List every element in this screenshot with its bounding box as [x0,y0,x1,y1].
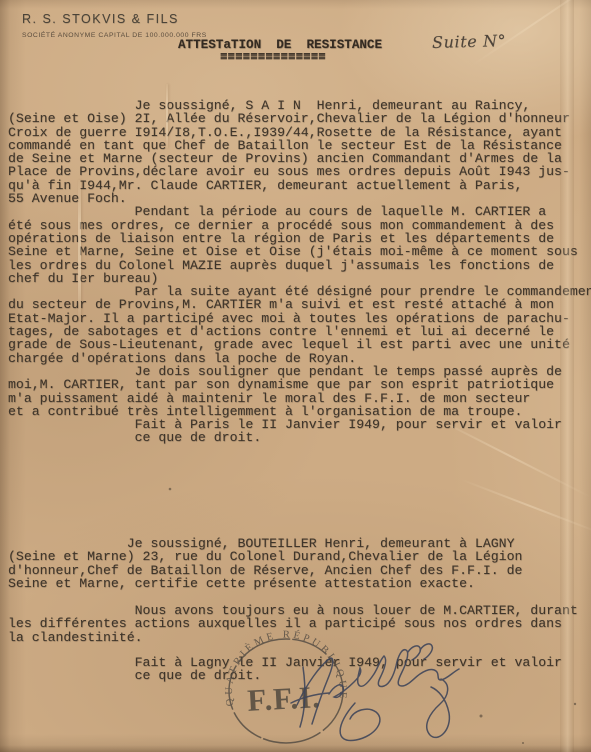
attestation-sain-block: Je soussigné, S A I N Henri, demeurant a… [8,99,591,445]
paragraph-nous-avons: Nous avons toujours eu à nous louer de M… [8,604,578,644]
signature-flourish [427,679,450,737]
paragraph-par-la-suite: Par la suite ayant été désigné pour pren… [8,285,591,365]
paragraph-souligner: Je dois souligner que pendant le temps p… [8,365,591,418]
signature-flourish [340,703,380,741]
scanned-document-page: R. S. STOKVIS & FILS SOCIÉTÉ ANONYME CAP… [0,0,591,752]
suite-number-label: Suite N° [432,31,507,52]
stamp-center-text: F.F.I. [246,679,321,718]
ink-speck [169,488,172,491]
signature-stroke [291,693,329,703]
document-title-underline: ============== [220,50,326,64]
ink-speck [574,703,576,705]
ffi-round-stamp: QUATRIÈME RÉPUBLIQUE F.F.I. [224,629,348,743]
ink-speck [522,742,524,744]
paragraph-intro-sain: Je soussigné, S A I N Henri, demeurant a… [8,99,591,205]
paragraph-periode: Pendant la période au cours de laquelle … [8,205,591,285]
closing-fait-a-paris: Fait à Paris le II Janvier I949, pour se… [8,418,591,445]
ink-speck [480,715,483,718]
paper-crease [460,478,591,534]
closing-fait-a-lagny: Fait à Lagny le II Janvier I949, pour se… [8,656,562,683]
letterhead-company-name: R. S. STOKVIS & FILS [22,12,179,26]
paragraph-intro-bouteiller: Je soussigné, BOUTEILLER Henri, demeuran… [8,537,522,590]
